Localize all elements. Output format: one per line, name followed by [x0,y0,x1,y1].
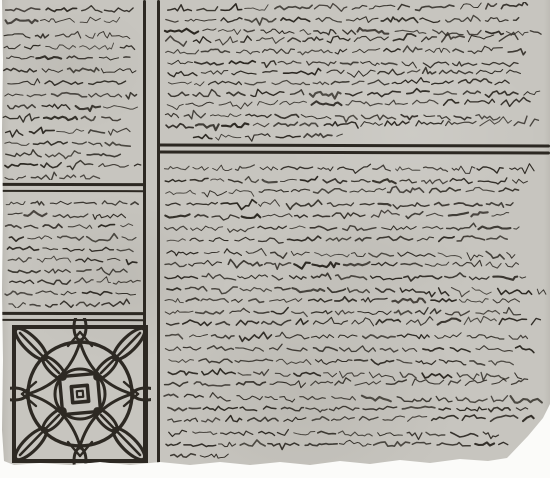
horizontal-rule-right [157,143,550,154]
manuscript-text-block-right-bottom [163,160,548,462]
rule-line [0,183,146,186]
rosette-medallion [10,318,151,466]
rule-line [0,190,146,192]
manuscript-page [0,0,550,478]
rule-line [0,312,146,315]
column-divider-rule [143,0,160,463]
horizontal-rule-left-upper [0,183,146,192]
rule-line [157,143,550,147]
manuscript-text-block-left-middle [4,196,142,308]
rule-line [157,150,550,154]
scan-background [0,0,550,478]
divider-line [143,0,146,463]
manuscript-text-block-right-top [163,2,546,142]
rosette-ornament-panel [10,318,151,466]
divider-line [157,0,160,463]
manuscript-text-block-left-top [2,2,142,180]
